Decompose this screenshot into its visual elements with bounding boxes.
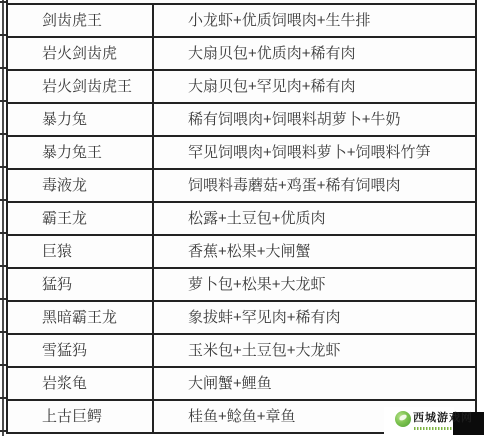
table-row: 剑齿虎王 小龙虾+优质饲喂肉+生牛排 <box>8 5 475 38</box>
watermark-subtext-line <box>414 427 453 430</box>
recipe-cell: 松露+土豆包+优质肉 <box>154 203 475 234</box>
recipe-cell: 香蕉+松果+大闸蟹 <box>154 236 475 267</box>
creature-cell: 雪猛犸 <box>8 335 154 366</box>
creature-cell: 暴力兔 <box>8 104 154 135</box>
watermark-site-name: 西城游戏网 <box>413 411 473 425</box>
table-row: 霸王龙 松露+土豆包+优质肉 <box>8 203 475 236</box>
creature-cell: 上古巨鳄 <box>8 401 154 432</box>
recipe-cell: 小龙虾+优质饲喂肉+生牛排 <box>154 5 475 36</box>
table-row: 暴力兔王 罕见饲喂肉+饲喂料萝卜+饲喂料竹笋 <box>8 137 475 170</box>
recipe-cell: 大扇贝包+优质肉+稀有肉 <box>154 38 475 69</box>
table-row: 暴力兔 稀有饲喂肉+饲喂料胡萝卜+牛奶 <box>8 104 475 137</box>
creature-cell: 暴力兔王 <box>8 137 154 168</box>
recipe-cell: 大扇贝包+罕见肉+稀有肉 <box>154 71 475 102</box>
recipe-cell: 罕见饲喂肉+饲喂料萝卜+饲喂料竹笋 <box>154 137 475 168</box>
creature-cell: 巨猿 <box>8 236 154 267</box>
table-row: 猛犸 萝卜包+松果+大龙虾 <box>8 269 475 302</box>
recipe-cell: 饲喂料毒蘑菇+鸡蛋+稀有饲喂肉 <box>154 170 475 201</box>
creature-cell: 黑暗霸王龙 <box>8 302 154 333</box>
recipe-cell: 萝卜包+松果+大龙虾 <box>154 269 475 300</box>
recipe-table: 剑齿虎王 小龙虾+优质饲喂肉+生牛排 岩火剑齿虎 大扇贝包+优质肉+稀有肉 岩火… <box>6 0 477 434</box>
table-row: 巨猿 香蕉+松果+大闸蟹 <box>8 236 475 269</box>
table-row: 毒液龙 饲喂料毒蘑菇+鸡蛋+稀有饲喂肉 <box>8 170 475 203</box>
creature-cell: 剑齿虎王 <box>8 5 154 36</box>
recipe-cell: 大闸蟹+鲤鱼 <box>154 368 475 399</box>
creature-cell: 岩火剑齿虎 <box>8 38 154 69</box>
table-row: 岩火剑齿虎 大扇贝包+优质肉+稀有肉 <box>8 38 475 71</box>
creature-cell: 岩火剑齿虎王 <box>8 71 154 102</box>
creature-cell: 岩浆龟 <box>8 368 154 399</box>
creature-cell: 毒液龙 <box>8 170 154 201</box>
creature-cell: 霸王龙 <box>8 203 154 234</box>
table-row: 岩火剑齿虎王 大扇贝包+罕见肉+稀有肉 <box>8 71 475 104</box>
recipe-cell: 玉米包+土豆包+大龙虾 <box>154 335 475 366</box>
recipe-cell: 稀有饲喂肉+饲喂料胡萝卜+牛奶 <box>154 104 475 135</box>
table-row: 雪猛犸 玉米包+土豆包+大龙虾 <box>8 335 475 368</box>
recipe-cell: 象拔蚌+罕见肉+稀有肉 <box>154 302 475 333</box>
table-row: 岩浆龟 大闸蟹+鲤鱼 <box>8 368 475 401</box>
watermark-leaf-logo-icon <box>395 411 411 427</box>
table-row: 黑暗霸王龙 象拔蚌+罕见肉+稀有肉 <box>8 302 475 335</box>
creature-cell: 猛犸 <box>8 269 154 300</box>
